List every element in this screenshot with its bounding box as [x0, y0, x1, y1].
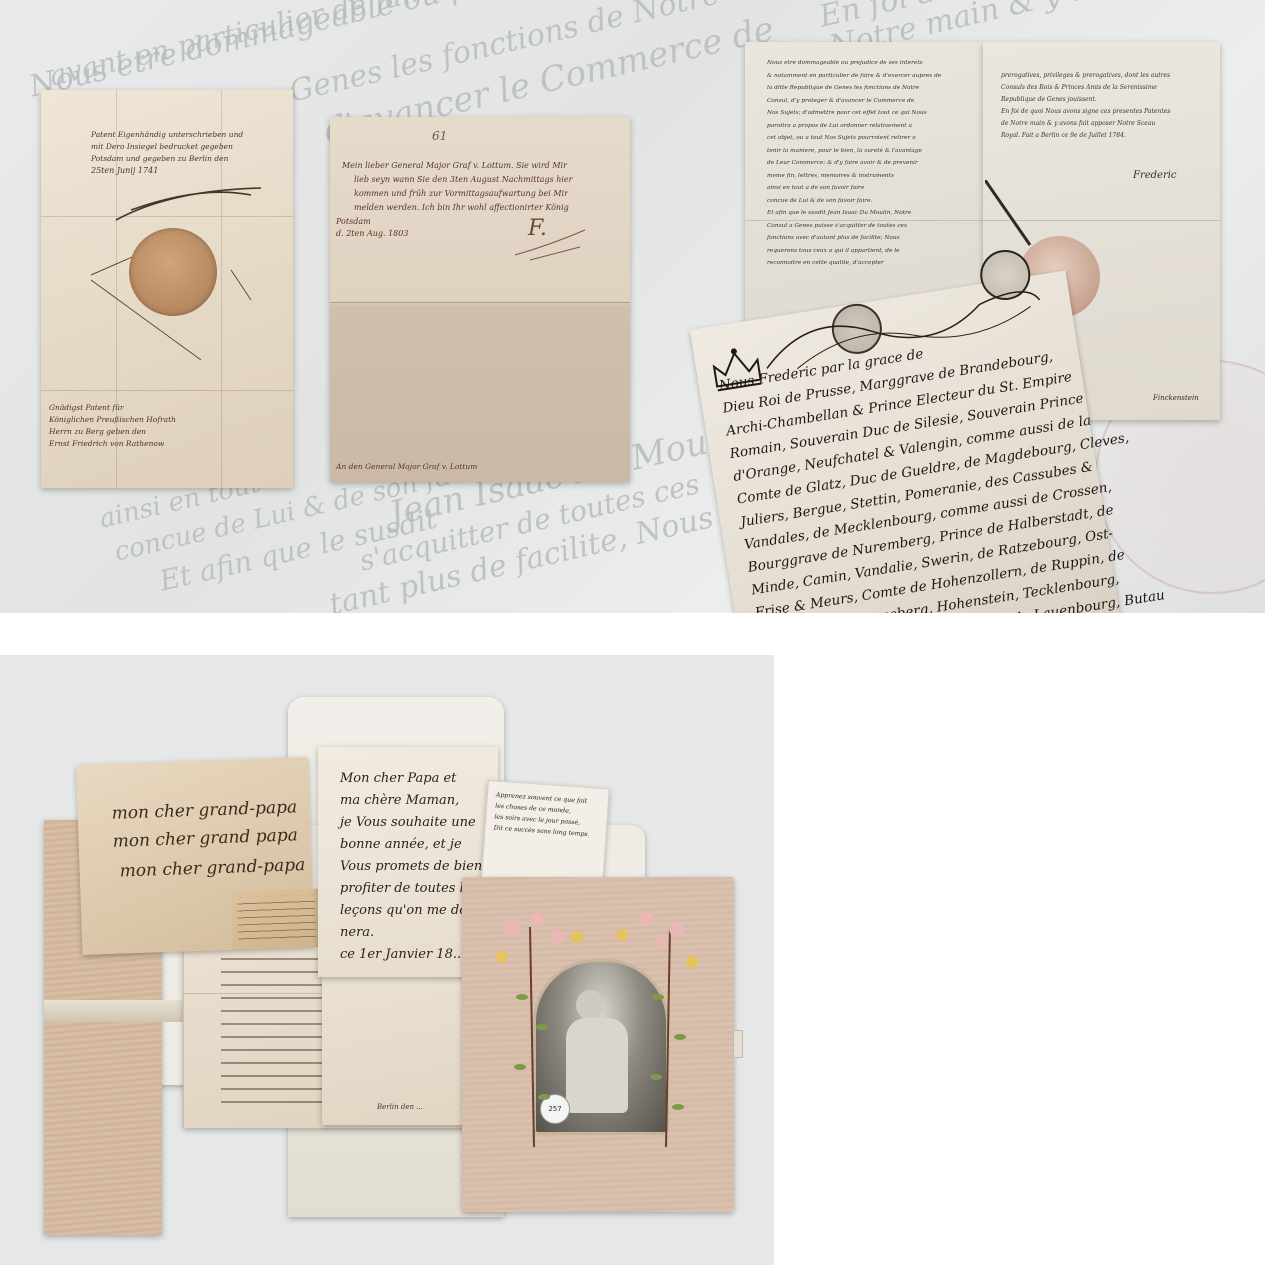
small-verse-card: Apprenez souvent ce que faitles choses d… [481, 780, 610, 890]
overlapping-kurrent-note [231, 889, 323, 950]
signed-letter: 61 Mein lieber General Major Graf v. Lot… [330, 117, 630, 482]
handwritten-line: concue de Lui & de son favoir faire. [767, 198, 872, 205]
handwritten-line: tenir la maniere, pour le bien, la suret… [767, 148, 922, 155]
bottom-photo-panel: Berlin den ... mon cher grand-papa mon c… [0, 655, 774, 1265]
letter-text-line: Potsdam und gegeben zu Berlin den [91, 154, 228, 163]
letter-text-line: lieb seyn wann Sie den 3ten August Nachm… [354, 175, 573, 185]
handwritten-line: & notamment en particulier de faire & d'… [767, 73, 941, 80]
address-line: Königlichen Preußischen Hofrath [49, 415, 176, 424]
letter-text-line: mit Dero Insiegel bedrucket gegeben [91, 142, 233, 151]
handwritten-line: ainsi en tout a de son favoir faire [767, 185, 864, 192]
letter-closing: Berlin den ... [377, 1103, 423, 1112]
wax-seal [129, 228, 217, 316]
countersignature: Finckenstein [1153, 394, 1199, 403]
handwritten-line: je Vous souhaite une [340, 815, 476, 831]
handwritten-line: Consul, d'y proteger & d'avancer le Comm… [767, 98, 914, 105]
letter-text-line: Mein lieber General Major Graf v. Lottum… [342, 161, 567, 171]
handwritten-line: prerogatives, privileges & prerogatives,… [1001, 72, 1170, 80]
handwritten-line: profiter de toutes les [340, 881, 478, 897]
album-clasp [733, 1030, 743, 1058]
address-line: Ernst Friedrich von Rathenow [49, 439, 164, 448]
handwritten-line: Mon cher Papa et [340, 771, 456, 787]
handwritten-line: la ditte Republique de Genes les fonctio… [767, 85, 919, 92]
address-line: Gnädigst Patent für [49, 403, 124, 412]
handwritten-line: Nous etre dommageable ou prejudice de se… [767, 60, 923, 67]
letter-place: Potsdam [336, 217, 371, 227]
handwritten-line: Et afin que le susdit Jean Isaac Du Moul… [767, 210, 911, 217]
handwritten-line: paroitra a propos de Lui ordonner relati… [767, 123, 912, 130]
handwritten-line: Consuls des Rois & Princes Amis de la Se… [1001, 84, 1157, 92]
address-line: Herrn zu Berg geben den [49, 427, 146, 436]
handwritten-line: de Leur Commerce; & d'y faire avoir & de… [767, 160, 918, 167]
handwritten-line: reconnoitre en cette qualite, d'accepter [767, 260, 884, 267]
handwritten-line: Nos Sujets; d'admettre pour cet effet to… [767, 110, 927, 117]
letter-number: 61 [432, 129, 447, 144]
ribbon-tie [44, 1000, 194, 1022]
handwritten-line: En foi de quoi Nous avons signe ces pres… [1001, 108, 1170, 116]
embroidered-album-cover: 257 [462, 877, 734, 1212]
royal-title-document: Nous Frederic par la grace deDieu Roi de… [690, 271, 1122, 613]
handwritten-line: nera. [340, 925, 374, 941]
handwritten-line: requerons tous ceux a qui il appartient,… [767, 248, 900, 255]
signature-flourish-icon [111, 180, 271, 230]
letter-text-line: Patent Eigenhändig unterschrieben und [91, 130, 243, 139]
signature: Frederic [1133, 170, 1177, 183]
handwritten-line: Vous promets de bien [340, 859, 482, 875]
letter-address: An den General Major Graf v. Lottum [336, 462, 477, 471]
sealed-letter: Patent Eigenhändig unterschrieben und mi… [41, 90, 293, 488]
handwritten-line: cet objet, ou a tout Nos Sujets pourroie… [767, 135, 916, 142]
top-photo-panel: Nous etre dommageable ou prejudice avant… [0, 0, 1265, 613]
handwritten-line: Consul a Genes puisse s'acquitter de tou… [767, 223, 907, 230]
letter-date: d. 2ten Aug. 1803 [336, 229, 408, 239]
handwritten-line: Royal. Fait a Berlin ce 9e de Juillet 17… [1001, 132, 1126, 140]
letter-text-line: melden werden. Ich bin Ihr wohl affectio… [354, 203, 569, 213]
signature-flourish-icon [510, 225, 590, 265]
practice-line: mon cher grand-papa [119, 855, 305, 883]
letter-date: 25ten Junij 1741 [91, 166, 158, 176]
handwritten-line: ma chère Maman, [340, 793, 459, 809]
practice-line: mon cher grand-papa [111, 797, 297, 825]
calligraphy-practice-sheet: mon cher grand-papa mon cher grand papa … [76, 757, 314, 955]
embroidered-roses-icon [482, 907, 717, 1147]
practice-line: mon cher grand papa [112, 825, 298, 853]
handwritten-line: de Notre main & y avons fait apposer Not… [1001, 120, 1155, 128]
verse-card-text: Apprenez souvent ce que faitles choses d… [489, 781, 609, 789]
seal-cord-icon [985, 180, 1045, 250]
letter-text-line: kommen und früh zur Vormittagsaufwartung… [354, 189, 568, 199]
handwritten-line: fonctions avec d'autant plus de facilite… [767, 235, 900, 242]
handwritten-line: meme fin, lettres, memoires & instrument… [767, 173, 894, 180]
handwritten-line: bonne année, et je [340, 837, 462, 853]
handwritten-line: Republique de Genes jouissent. [1001, 96, 1097, 104]
handwritten-line: leçons qu'on me don- [340, 903, 480, 919]
